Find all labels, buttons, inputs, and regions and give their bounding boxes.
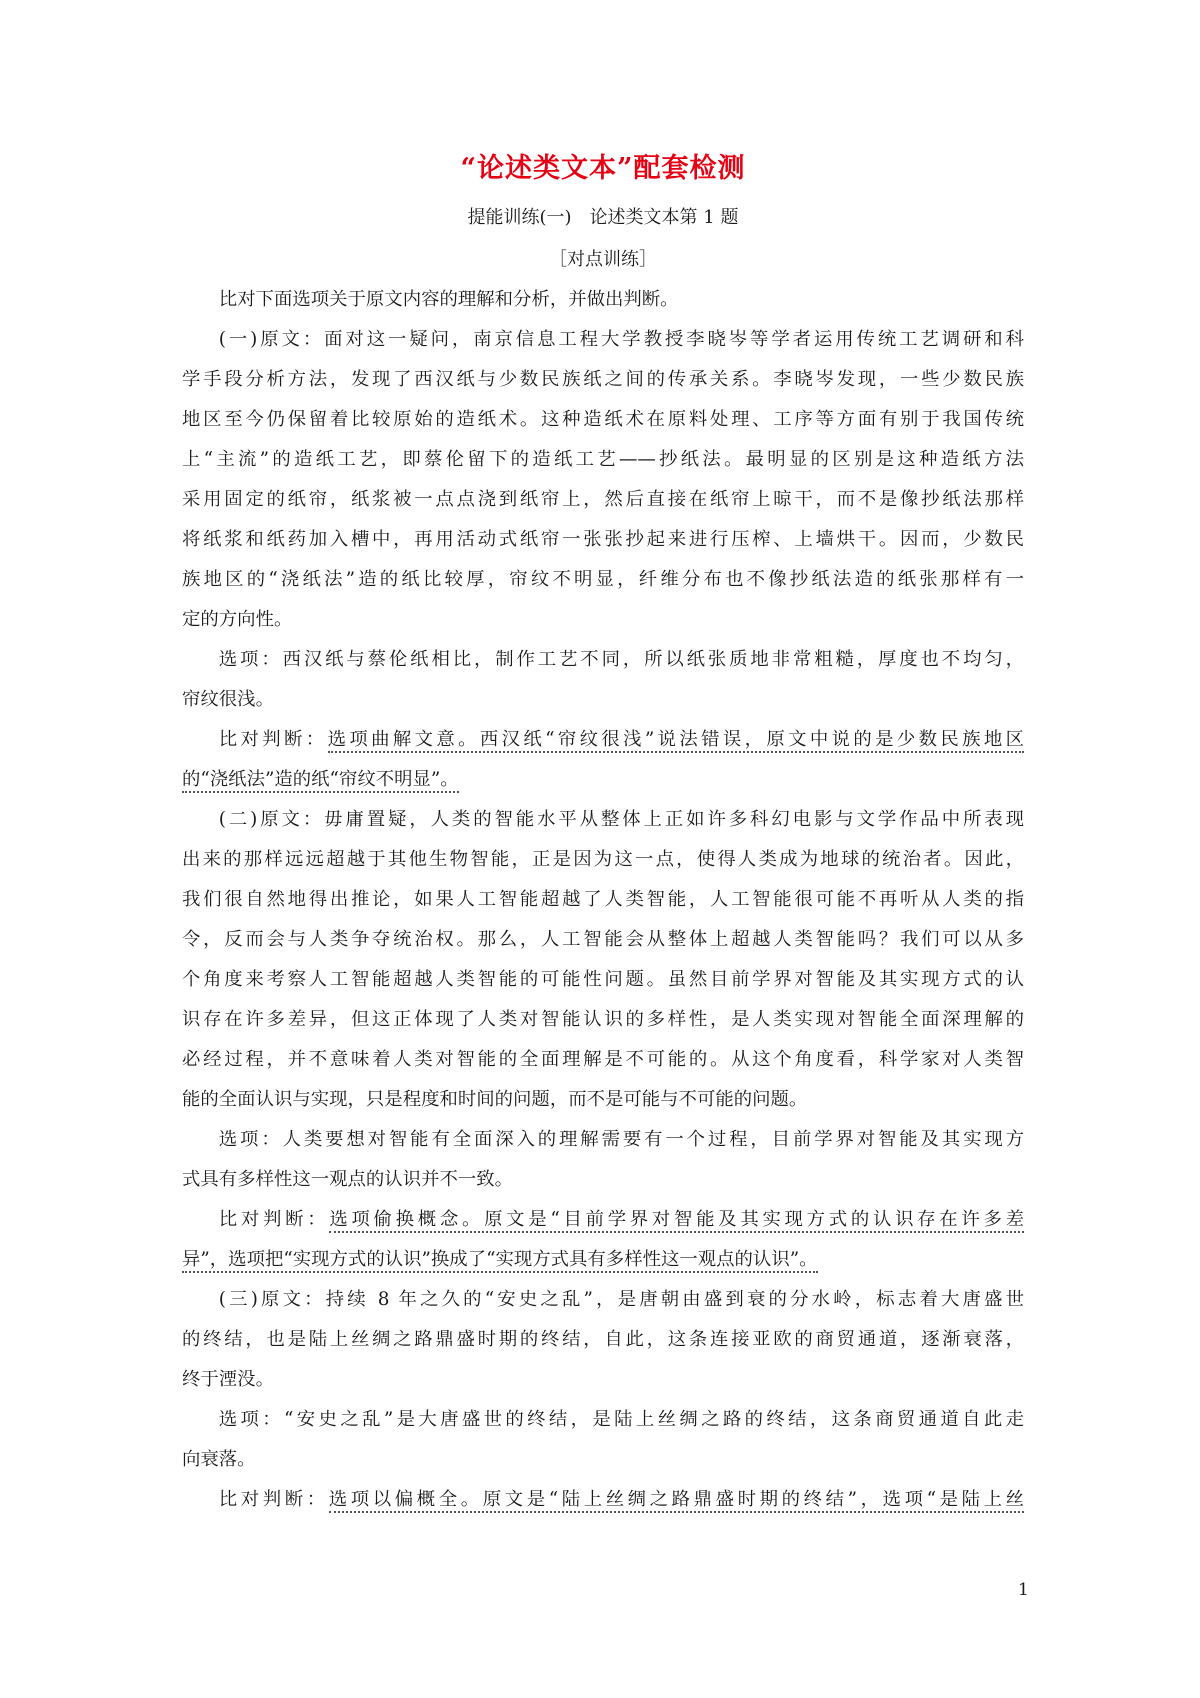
judgment-underlined: 选项以偏概全。原文是“陆上丝绸之路鼎盛时期的终结”，选项“是陆上丝 bbox=[329, 1489, 1024, 1513]
judgment-label: 比对判断： bbox=[219, 1489, 329, 1510]
judgment-underlined: 选项偷换概念。原文是“目前学界对智能及其实现方式的认识存在许多差 bbox=[329, 1209, 1024, 1233]
text-line: 定的方向性。 bbox=[182, 600, 1024, 640]
original-text-2: (二)原文：毋庸置疑，人类的智能水平从整体上正如许多科幻电影与文学作品中所表现 … bbox=[182, 800, 1024, 1120]
text-line: 个角度来考察人工智能超越人类智能的可能性问题。虽然目前学界对智能及其实现方式的认 bbox=[182, 960, 1024, 1000]
text-line: 选项：人类要想对智能有全面深入的理解需要有一个过程，目前学界对智能及其实现方 bbox=[182, 1120, 1024, 1160]
text-line: 异”，选项把“实现方式的认识”换成了“实现方式具有多样性这一观点的认识”。 bbox=[182, 1240, 1024, 1280]
document-title: “论述类文本”配套检测 bbox=[182, 146, 1024, 185]
text-line: 式具有多样性这一观点的认识并不一致。 bbox=[182, 1160, 1024, 1200]
original-text-3: (三)原文：持续 8 年之久的“安史之乱”，是唐朝由盛到衰的分水岭，标志着大唐盛… bbox=[182, 1280, 1024, 1400]
text-line: 学手段分析方法，发现了西汉纸与少数民族纸之间的传承关系。李晓岑发现，一些少数民族 bbox=[182, 360, 1024, 400]
judgment-text-1: 比对判断：选项曲解文意。西汉纸“帘纹很浅”说法错误，原文中说的是少数民族地区 的… bbox=[182, 720, 1024, 800]
judgment-underlined: 异”，选项把“实现方式的认识”换成了“实现方式具有多样性这一观点的认识”。 bbox=[182, 1249, 818, 1273]
text-line: 帘纹很浅。 bbox=[182, 680, 1024, 720]
option-text-2: 选项：人类要想对智能有全面深入的理解需要有一个过程，目前学界对智能及其实现方 式… bbox=[182, 1120, 1024, 1200]
text-line: 的终结，也是陆上丝绸之路鼎盛时期的终结，自此，这条连接亚欧的商贸通道，逐渐衰落， bbox=[182, 1320, 1024, 1360]
text-line: 族地区的“浇纸法”造的纸比较厚，帘纹不明显，纤维分布也不像抄纸法造的纸张那样有一 bbox=[182, 560, 1024, 600]
text-line: 出来的那样远远超越于其他生物智能，正是因为这一点，使得人类成为地球的统治者。因此… bbox=[182, 840, 1024, 880]
section-heading: ［对点训练］ bbox=[182, 245, 1024, 271]
option-text-3: 选项：“安史之乱”是大唐盛世的终结，是陆上丝绸之路的终结，这条商贸通道自此走 向… bbox=[182, 1400, 1024, 1480]
text-line: (三)原文：持续 8 年之久的“安史之乱”，是唐朝由盛到衰的分水岭，标志着大唐盛… bbox=[182, 1280, 1024, 1320]
judgment-text-2: 比对判断：选项偷换概念。原文是“目前学界对智能及其实现方式的认识存在许多差 异”… bbox=[182, 1200, 1024, 1280]
judgment-text-3: 比对判断：选项以偏概全。原文是“陆上丝绸之路鼎盛时期的终结”，选项“是陆上丝 bbox=[182, 1480, 1024, 1520]
judgment-label: 比对判断： bbox=[219, 729, 328, 750]
text-line: 上“主流”的造纸工艺，即蔡伦留下的造纸工艺——抄纸法。最明显的区别是这种造纸方法 bbox=[182, 440, 1024, 480]
text-line: 向衰落。 bbox=[182, 1440, 1024, 1480]
text-line: 终于湮没。 bbox=[182, 1360, 1024, 1400]
text-line: 比对判断：选项以偏概全。原文是“陆上丝绸之路鼎盛时期的终结”，选项“是陆上丝 bbox=[182, 1480, 1024, 1520]
text-line: (一)原文：面对这一疑问，南京信息工程大学教授李晓岑等学者运用传统工艺调研和科 bbox=[182, 320, 1024, 360]
text-line: 比对判断：选项偷换概念。原文是“目前学界对智能及其实现方式的认识存在许多差 bbox=[182, 1200, 1024, 1240]
judgment-underlined: 选项曲解文意。西汉纸“帘纹很浅”说法错误，原文中说的是少数民族地区 bbox=[328, 729, 1024, 753]
option-text-1: 选项：西汉纸与蔡伦纸相比，制作工艺不同，所以纸张质地非常粗糙，厚度也不均匀， 帘… bbox=[182, 640, 1024, 720]
judgment-label: 比对判断： bbox=[219, 1209, 330, 1230]
text-line: 我们很自然地得出推论，如果人工智能超越了人类智能，人工智能很可能不再听从人类的指 bbox=[182, 880, 1024, 920]
text-line: 的“浇纸法”造的纸“帘纹不明显”。 bbox=[182, 760, 1024, 800]
document-subtitle: 提能训练(一) 论述类文本第 1 题 bbox=[182, 203, 1024, 229]
text-line: 采用固定的纸帘，纸浆被一点点浇到纸帘上，然后直接在纸帘上晾干，而不是像抄纸法那样 bbox=[182, 480, 1024, 520]
text-line: 地区至今仍保留着比较原始的造纸术。这种造纸术在原料处理、工序等方面有别于我国传统 bbox=[182, 400, 1024, 440]
text-line: 比对判断：选项曲解文意。西汉纸“帘纹很浅”说法错误，原文中说的是少数民族地区 bbox=[182, 720, 1024, 760]
text-line: 将纸浆和纸药加入槽中，再用活动式纸帘一张张抄起来进行压榨、上墙烘干。因而，少数民 bbox=[182, 520, 1024, 560]
judgment-underlined: 的“浇纸法”造的纸“帘纹不明显”。 bbox=[182, 769, 459, 793]
text-line: 必经过程，并不意味着人类对智能的全面理解是不可能的。从这个角度看，科学家对人类智 bbox=[182, 1040, 1024, 1080]
intro-paragraph: 比对下面选项关于原文内容的理解和分析，并做出判断。 bbox=[182, 280, 1024, 320]
document-body: 比对下面选项关于原文内容的理解和分析，并做出判断。 (一)原文：面对这一疑问，南… bbox=[182, 280, 1024, 1520]
page-number: 1 bbox=[1018, 1580, 1029, 1600]
text-line: 选项：西汉纸与蔡伦纸相比，制作工艺不同，所以纸张质地非常粗糙，厚度也不均匀， bbox=[182, 640, 1024, 680]
text-line: 比对下面选项关于原文内容的理解和分析，并做出判断。 bbox=[182, 280, 1024, 320]
text-line: 识存在许多差异，但这正体现了人类对智能认识的多样性，是人类实现对智能全面深理解的 bbox=[182, 1000, 1024, 1040]
original-text-1: (一)原文：面对这一疑问，南京信息工程大学教授李晓岑等学者运用传统工艺调研和科 … bbox=[182, 320, 1024, 640]
text-line: (二)原文：毋庸置疑，人类的智能水平从整体上正如许多科幻电影与文学作品中所表现 bbox=[182, 800, 1024, 840]
text-line: 令，反而会与人类争夺统治权。那么，人工智能会从整体上超越人类智能吗？我们可以从多 bbox=[182, 920, 1024, 960]
text-line: 能的全面认识与实现，只是程度和时间的问题，而不是可能与不可能的问题。 bbox=[182, 1080, 1024, 1120]
text-line: 选项：“安史之乱”是大唐盛世的终结，是陆上丝绸之路的终结，这条商贸通道自此走 bbox=[182, 1400, 1024, 1440]
